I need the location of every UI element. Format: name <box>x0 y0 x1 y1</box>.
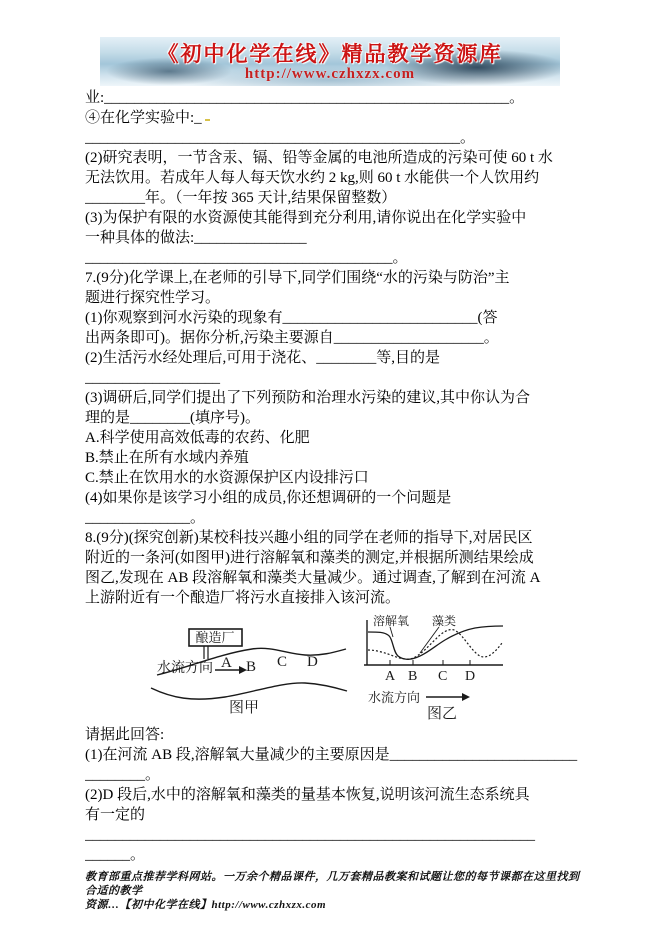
text-line: 有一定的 <box>85 805 585 825</box>
point-d: D <box>465 669 475 684</box>
point-d: D <box>307 654 318 670</box>
text-line: ________________________________________… <box>85 825 585 845</box>
text-line: (1)你观察到河水污染的现象有_________________________… <box>85 308 585 328</box>
river-lower-bank <box>151 683 347 699</box>
text-line: ________年。（一年按 365 天计,结果保留整数） <box>85 188 585 208</box>
brewery-label: 酿造厂 <box>195 630 234 645</box>
text-line: ④在化学实验中:_ <box>85 108 585 128</box>
text-line: A.科学使用高效低毒的农药、化肥 <box>85 428 585 448</box>
text-line: (1)在河流 AB 段,溶解氧大量减少的主要原因是_______________… <box>85 745 585 765</box>
footer-line: 教育部重点推荐学科网站。一万余个精品课件，几万套精品教案和试题让您的每节课都在这… <box>85 870 585 898</box>
algae-curve <box>368 630 502 660</box>
figures-row: 酿造厂 水流方向 A B C D 图甲 <box>85 610 585 725</box>
banner-title: 《初中化学在线》精品教学资源库 <box>100 42 560 66</box>
point-a: A <box>385 669 396 684</box>
text-line: 请据此回答: <box>85 725 585 745</box>
text-line: 无法饮用。若成年人每人每天饮水约 2 kg,则 60 t 水能供一个人饮用约 <box>85 168 585 188</box>
text-line: 7.(9分)化学课上,在老师的引导下,同学们围绕“水的污染与防治”主 <box>85 268 585 288</box>
flow-arrowhead <box>462 693 470 701</box>
text-line: (4)如果你是该学习小组的成员,你还想调研的一个问题是 <box>85 488 585 508</box>
text-line: ______________。 <box>85 508 585 528</box>
text-line: (3)调研后,同学们提出了下列预防和治理水污染的建议,其中你认为合 <box>85 388 585 408</box>
site-banner: 《初中化学在线》精品教学资源库 http://www.czhxzx.com <box>100 37 560 86</box>
oxygen-pointer-line <box>390 627 393 637</box>
point-a: A <box>221 655 232 671</box>
text-line: ________。 <box>85 765 585 785</box>
point-b: B <box>408 669 417 684</box>
text-line: 一种具体的做法:_______________ <box>85 228 585 248</box>
text-line: (2)D 段后,水中的溶解氧和藻类的量基本恢复,说明该河流生态系统具 <box>85 785 585 805</box>
text-line: __________________ <box>85 368 585 388</box>
text-line: 题进行探究性学习。 <box>85 288 585 308</box>
figure-jia-caption: 图甲 <box>229 699 259 716</box>
algae-pointer-line <box>420 627 439 653</box>
point-c: C <box>277 654 287 670</box>
figure-jia: 酿造厂 水流方向 A B C D 图甲 <box>147 628 352 716</box>
point-c: C <box>438 669 447 684</box>
text-line: ________________________________________… <box>85 128 585 148</box>
legend-oxygen-label: 溶解氧 <box>373 613 409 628</box>
text-line: ______。 <box>85 845 585 865</box>
banner-url: http://www.czhxzx.com <box>100 66 560 83</box>
figure-yi-caption: 图乙 <box>427 705 457 722</box>
text-line: C.禁止在饮用水的水资源保护区内设排污口 <box>85 468 585 488</box>
text-line: 上游附近有一个酿造厂将污水直接排入该河流。 <box>85 588 585 608</box>
text-line: 理的是________(填序号)。 <box>85 408 585 428</box>
text-line: ________________________________________… <box>85 248 585 268</box>
text-block-bottom: 请据此回答:(1)在河流 AB 段,溶解氧大量减少的主要原因是_________… <box>85 725 585 865</box>
text-line: 8.(9分)(探究创新)某校科技兴趣小组的同学在老师的指导下,对居民区 <box>85 528 585 548</box>
document-body: 业:______________________________________… <box>85 88 585 865</box>
text-block-top: 业:______________________________________… <box>85 88 585 608</box>
footer-line: 资源…【初中化学在线】http://www.czhxzx.com <box>85 898 585 912</box>
legend-algae-label: 藻类 <box>432 613 456 628</box>
page-footer: 教育部重点推荐学科网站。一万余个精品课件，几万套精品教案和试题让您的每节课都在这… <box>85 870 585 912</box>
text-line: (2)研究表明，一节含汞、镉、铅等金属的电池所造成的污染可使 60 t 水 <box>85 148 585 168</box>
text-line: (2)生活污水经处理后,可用于浇花、________等,目的是 <box>85 348 585 368</box>
text-line: 附近的一条河(如图甲)进行溶解氧和藻类的测定,并根据所测结果绘成 <box>85 548 585 568</box>
text-line: 图乙,发现在 AB 段溶解氧和藻类大量减少。通过调查,了解到在河流 A <box>85 568 585 588</box>
flow-label: 水流方向 <box>157 659 213 676</box>
text-line: 出两条即可)。据你分析,污染主要源自____________________。 <box>85 328 585 348</box>
text-line: (3)为保护有限的水资源使其能得到充分利用,请你说出在化学实验中 <box>85 208 585 228</box>
flow-label: 水流方向 <box>368 690 420 705</box>
text-line: 业:______________________________________… <box>85 88 585 108</box>
point-b: B <box>246 659 256 675</box>
text-line: B.禁止在所有水域内养殖 <box>85 448 585 468</box>
worksheet-page: 《初中化学在线》精品教学资源库 http://www.czhxzx.com 业:… <box>0 0 662 936</box>
figure-yi: 溶解氧 藻类 A B C D <box>360 610 510 722</box>
